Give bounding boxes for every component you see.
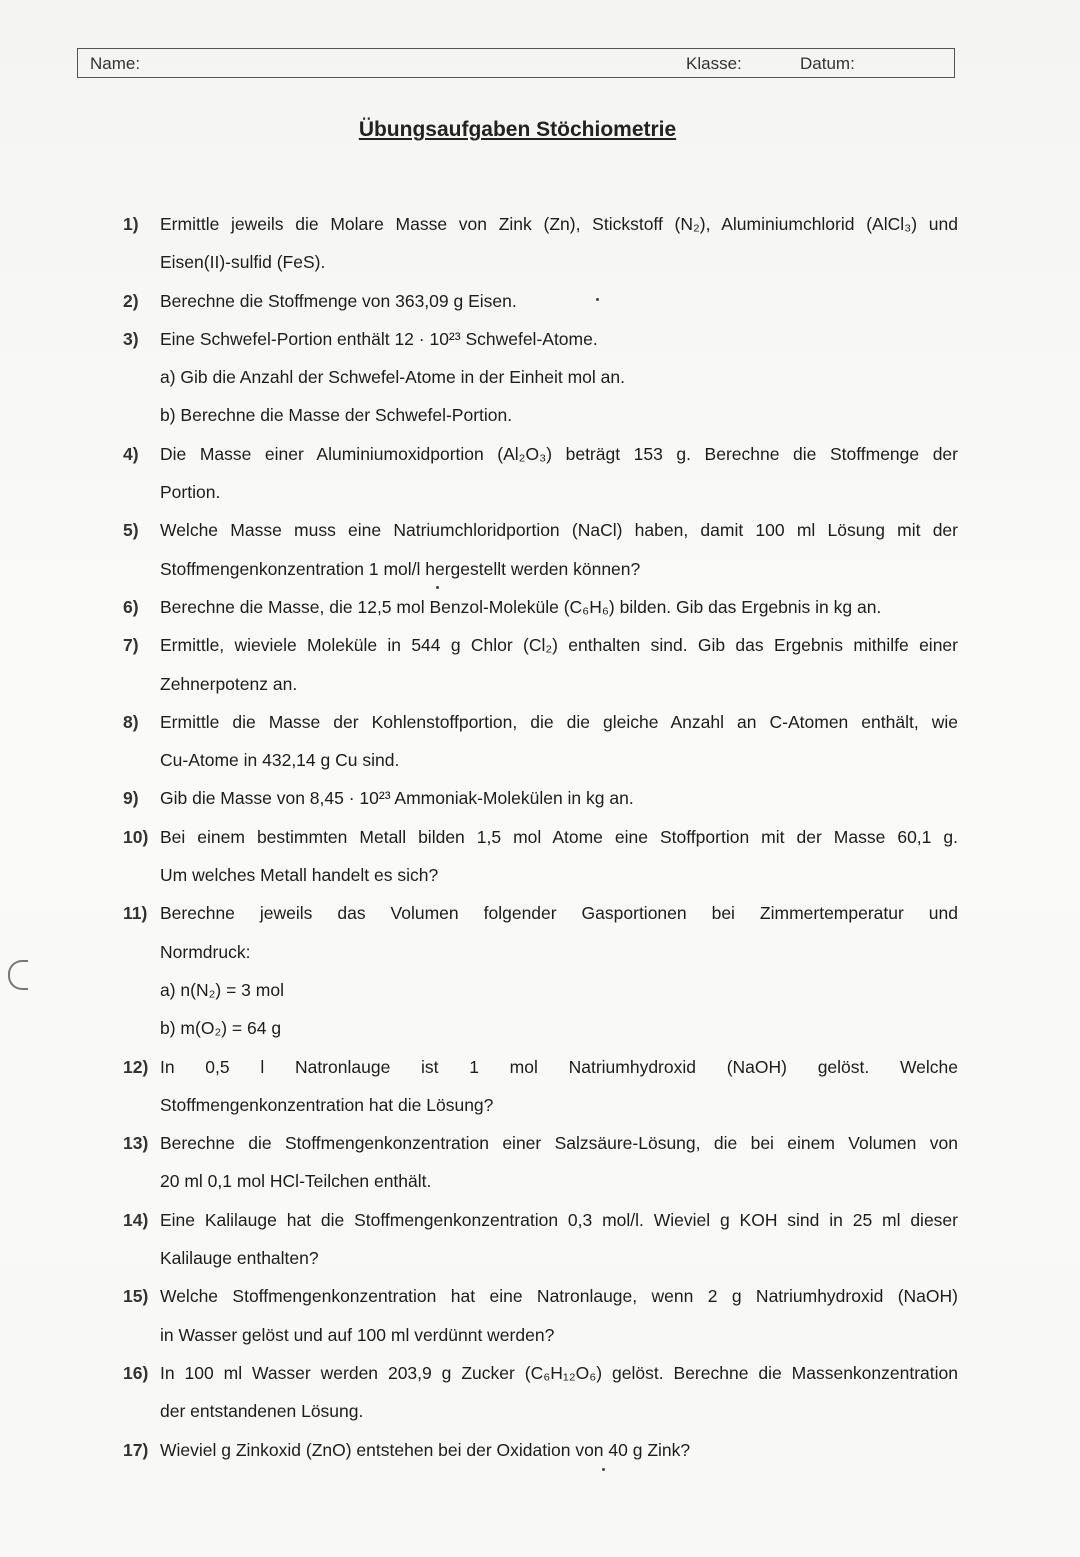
task-number: 12) — [123, 1048, 160, 1086]
task-text: Welche Masse muss eine Natriumchloridpor… — [160, 511, 958, 588]
task-line: In 100 ml Wasser werden 203,9 g Zucker (… — [160, 1354, 958, 1392]
task-line: a) n(N₂) = 3 mol — [160, 971, 958, 1009]
task-text: In 0,5 l Natronlauge ist 1 mol Natriumhy… — [160, 1048, 958, 1125]
speck-decoration — [436, 586, 439, 589]
task-item: 17)Wieviel g Zinkoxid (ZnO) entstehen be… — [123, 1431, 958, 1469]
task-list: 1)Ermittle jeweils die Molare Masse von … — [123, 205, 958, 1469]
task-line: Eine Schwefel-Portion enthält 12 · 10²³ … — [160, 320, 958, 358]
task-line: Berechne die Masse, die 12,5 mol Benzol-… — [160, 588, 958, 626]
task-number: 7) — [123, 626, 160, 664]
page-title: Übungsaufgaben Stöchiometrie — [0, 118, 1035, 142]
task-number: 8) — [123, 703, 160, 741]
task-line: Berechne die Stoffmengenkonzentration ei… — [160, 1124, 958, 1162]
task-number: 15) — [123, 1277, 160, 1315]
task-line: Zehnerpotenz an. — [160, 665, 958, 703]
task-line: der entstandenen Lösung. — [160, 1392, 958, 1430]
task-text: Bei einem bestimmten Metall bilden 1,5 m… — [160, 818, 958, 895]
task-item: 4)Die Masse einer Aluminiumoxidportion (… — [123, 435, 958, 512]
task-line: Stoffmengenkonzentration 1 mol/l hergest… — [160, 550, 958, 588]
task-item: 3)Eine Schwefel-Portion enthält 12 · 10²… — [123, 320, 958, 435]
task-line: Welche Masse muss eine Natriumchloridpor… — [160, 511, 958, 549]
task-line: In 0,5 l Natronlauge ist 1 mol Natriumhy… — [160, 1048, 958, 1086]
task-text: Ermittle, wieviele Moleküle in 544 g Chl… — [160, 626, 958, 703]
task-number: 5) — [123, 511, 160, 549]
task-text: Welche Stoffmengenkonzentration hat eine… — [160, 1277, 958, 1354]
speck-decoration — [596, 298, 599, 301]
task-line: Berechne die Stoffmenge von 363,09 g Eis… — [160, 282, 958, 320]
task-line: Portion. — [160, 473, 958, 511]
task-line: Ermittle die Masse der Kohlenstoffportio… — [160, 703, 958, 741]
task-line: Berechne jeweils das Volumen folgender G… — [160, 894, 958, 932]
task-item: 8)Ermittle die Masse der Kohlenstoffport… — [123, 703, 958, 780]
student-info-box: Name: Klasse: Datum: — [77, 48, 955, 78]
task-text: Eine Kalilauge hat die Stoffmengenkonzen… — [160, 1201, 958, 1278]
task-line: Welche Stoffmengenkonzentration hat eine… — [160, 1277, 958, 1315]
task-text: Berechne die Masse, die 12,5 mol Benzol-… — [160, 588, 958, 626]
task-line: Wieviel g Zinkoxid (ZnO) entstehen bei d… — [160, 1431, 958, 1469]
task-item: 12)In 0,5 l Natronlauge ist 1 mol Natriu… — [123, 1048, 958, 1125]
task-line: Eine Kalilauge hat die Stoffmengenkonzen… — [160, 1201, 958, 1239]
task-text: Eine Schwefel-Portion enthält 12 · 10²³ … — [160, 320, 958, 435]
task-number: 6) — [123, 588, 160, 626]
task-number: 1) — [123, 205, 160, 243]
task-text: In 100 ml Wasser werden 203,9 g Zucker (… — [160, 1354, 958, 1431]
name-label: Name: — [90, 54, 140, 74]
task-number: 16) — [123, 1354, 160, 1392]
task-number: 14) — [123, 1201, 160, 1239]
task-item: 5)Welche Masse muss eine Natriumchloridp… — [123, 511, 958, 588]
task-line: 20 ml 0,1 mol HCl-Teilchen enthält. — [160, 1162, 958, 1200]
task-item: 14)Eine Kalilauge hat die Stoffmengenkon… — [123, 1201, 958, 1278]
datum-label: Datum: — [800, 54, 855, 74]
task-line: b) Berechne die Masse der Schwefel-Porti… — [160, 396, 958, 434]
task-text: Ermittle jeweils die Molare Masse von Zi… — [160, 205, 958, 282]
task-number: 4) — [123, 435, 160, 473]
worksheet-page: Name: Klasse: Datum: Übungsaufgaben Stöc… — [0, 0, 1080, 1557]
task-line: Ermittle jeweils die Molare Masse von Zi… — [160, 205, 958, 243]
task-line: Um welches Metall handelt es sich? — [160, 856, 958, 894]
pen-mark-decoration — [8, 960, 28, 990]
task-line: Kalilauge enthalten? — [160, 1239, 958, 1277]
task-number: 9) — [123, 779, 160, 817]
task-line: Die Masse einer Aluminiumoxidportion (Al… — [160, 435, 958, 473]
task-number: 17) — [123, 1431, 160, 1469]
task-text: Berechne jeweils das Volumen folgender G… — [160, 894, 958, 1047]
task-number: 11) — [123, 894, 160, 932]
task-item: 13)Berechne die Stoffmengenkonzentration… — [123, 1124, 958, 1201]
task-text: Die Masse einer Aluminiumoxidportion (Al… — [160, 435, 958, 512]
task-item: 2)Berechne die Stoffmenge von 363,09 g E… — [123, 282, 958, 320]
task-line: Cu-Atome in 432,14 g Cu sind. — [160, 741, 958, 779]
task-number: 13) — [123, 1124, 160, 1162]
task-line: in Wasser gelöst und auf 100 ml verdünnt… — [160, 1316, 958, 1354]
task-line: Gib die Masse von 8,45 · 10²³ Ammoniak-M… — [160, 779, 958, 817]
task-number: 2) — [123, 282, 160, 320]
task-item: 16)In 100 ml Wasser werden 203,9 g Zucke… — [123, 1354, 958, 1431]
speck-decoration — [602, 1468, 605, 1471]
task-line: b) m(O₂) = 64 g — [160, 1009, 958, 1047]
task-text: Ermittle die Masse der Kohlenstoffportio… — [160, 703, 958, 780]
task-text: Berechne die Stoffmenge von 363,09 g Eis… — [160, 282, 958, 320]
task-item: 9)Gib die Masse von 8,45 · 10²³ Ammoniak… — [123, 779, 958, 817]
task-item: 1)Ermittle jeweils die Molare Masse von … — [123, 205, 958, 282]
task-line: a) Gib die Anzahl der Schwefel-Atome in … — [160, 358, 958, 396]
task-line: Normdruck: — [160, 933, 958, 971]
task-line: Ermittle, wieviele Moleküle in 544 g Chl… — [160, 626, 958, 664]
task-text: Berechne die Stoffmengenkonzentration ei… — [160, 1124, 958, 1201]
task-item: 15)Welche Stoffmengenkonzentration hat e… — [123, 1277, 958, 1354]
task-item: 6)Berechne die Masse, die 12,5 mol Benzo… — [123, 588, 958, 626]
task-line: Stoffmengenkonzentration hat die Lösung? — [160, 1086, 958, 1124]
task-line: Eisen(II)-sulfid (FeS). — [160, 243, 958, 281]
task-item: 10)Bei einem bestimmten Metall bilden 1,… — [123, 818, 958, 895]
task-line: Bei einem bestimmten Metall bilden 1,5 m… — [160, 818, 958, 856]
task-number: 3) — [123, 320, 160, 358]
task-item: 11)Berechne jeweils das Volumen folgende… — [123, 894, 958, 1047]
task-item: 7)Ermittle, wieviele Moleküle in 544 g C… — [123, 626, 958, 703]
task-number: 10) — [123, 818, 160, 856]
task-text: Wieviel g Zinkoxid (ZnO) entstehen bei d… — [160, 1431, 958, 1469]
task-text: Gib die Masse von 8,45 · 10²³ Ammoniak-M… — [160, 779, 958, 817]
klasse-label: Klasse: — [686, 54, 742, 74]
